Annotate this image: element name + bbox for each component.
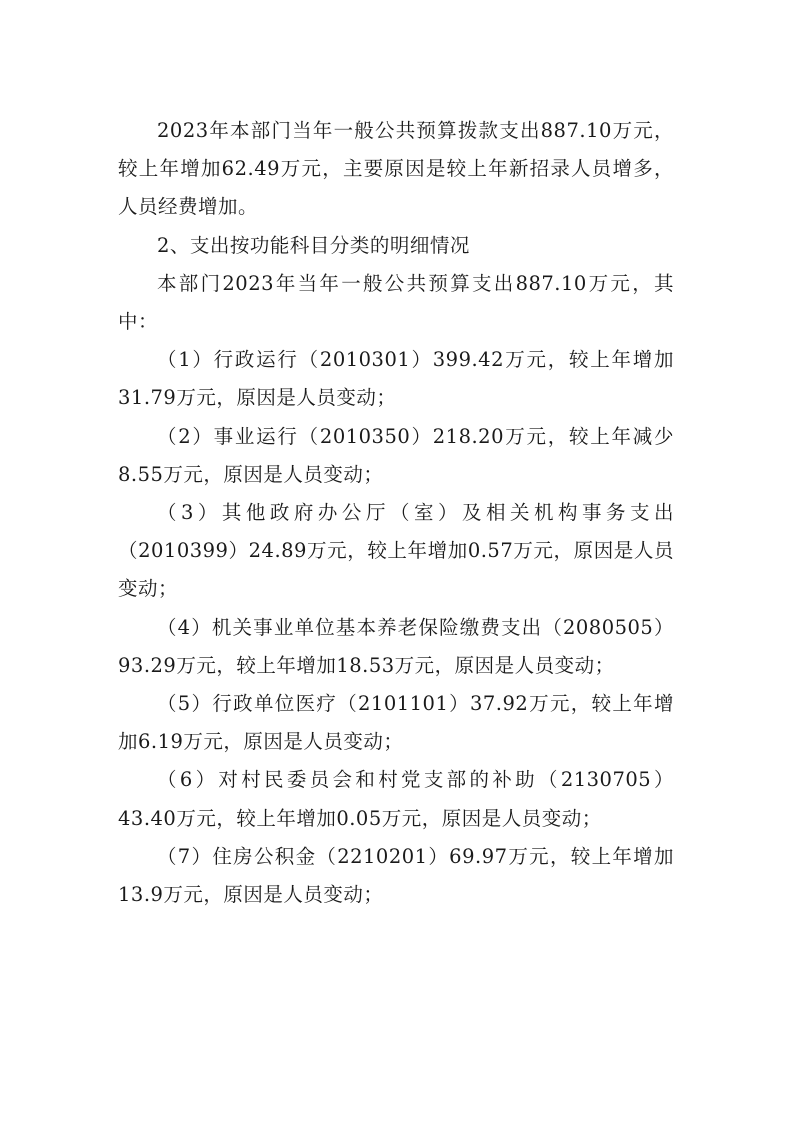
expenditure-item-4: （4）机关事业单位基本养老保险缴费支出（2080505）93.29万元，较上年增… <box>118 609 674 685</box>
expenditure-item-3: （3）其他政府办公厅（室）及相关机构事务支出（2010399）24.89万元，较… <box>118 494 674 609</box>
expenditure-item-7: （7）住房公积金（2210201）69.97万元，较上年增加13.9万元，原因是… <box>118 838 674 914</box>
document-page: 2023年本部门当年一般公共预算拨款支出887.10万元，较上年增加62.49万… <box>118 112 674 914</box>
expenditure-item-1: （1）行政运行（2010301）399.42万元，较上年增加31.79万元，原因… <box>118 341 674 417</box>
expenditure-item-5: （5）行政单位医疗（2101101）37.92万元，较上年增加6.19万元，原因… <box>118 685 674 761</box>
summary-paragraph: 2023年本部门当年一般公共预算拨款支出887.10万元，较上年增加62.49万… <box>118 112 674 227</box>
intro-paragraph: 本部门2023年当年一般公共预算支出887.10万元，其中： <box>118 265 674 341</box>
section-heading: 2、支出按功能科目分类的明细情况 <box>118 227 674 265</box>
expenditure-item-2: （2）事业运行（2010350）218.20万元，较上年减少8.55万元，原因是… <box>118 418 674 494</box>
expenditure-item-6: （6）对村民委员会和村党支部的补助（2130705）43.40万元，较上年增加0… <box>118 761 674 837</box>
